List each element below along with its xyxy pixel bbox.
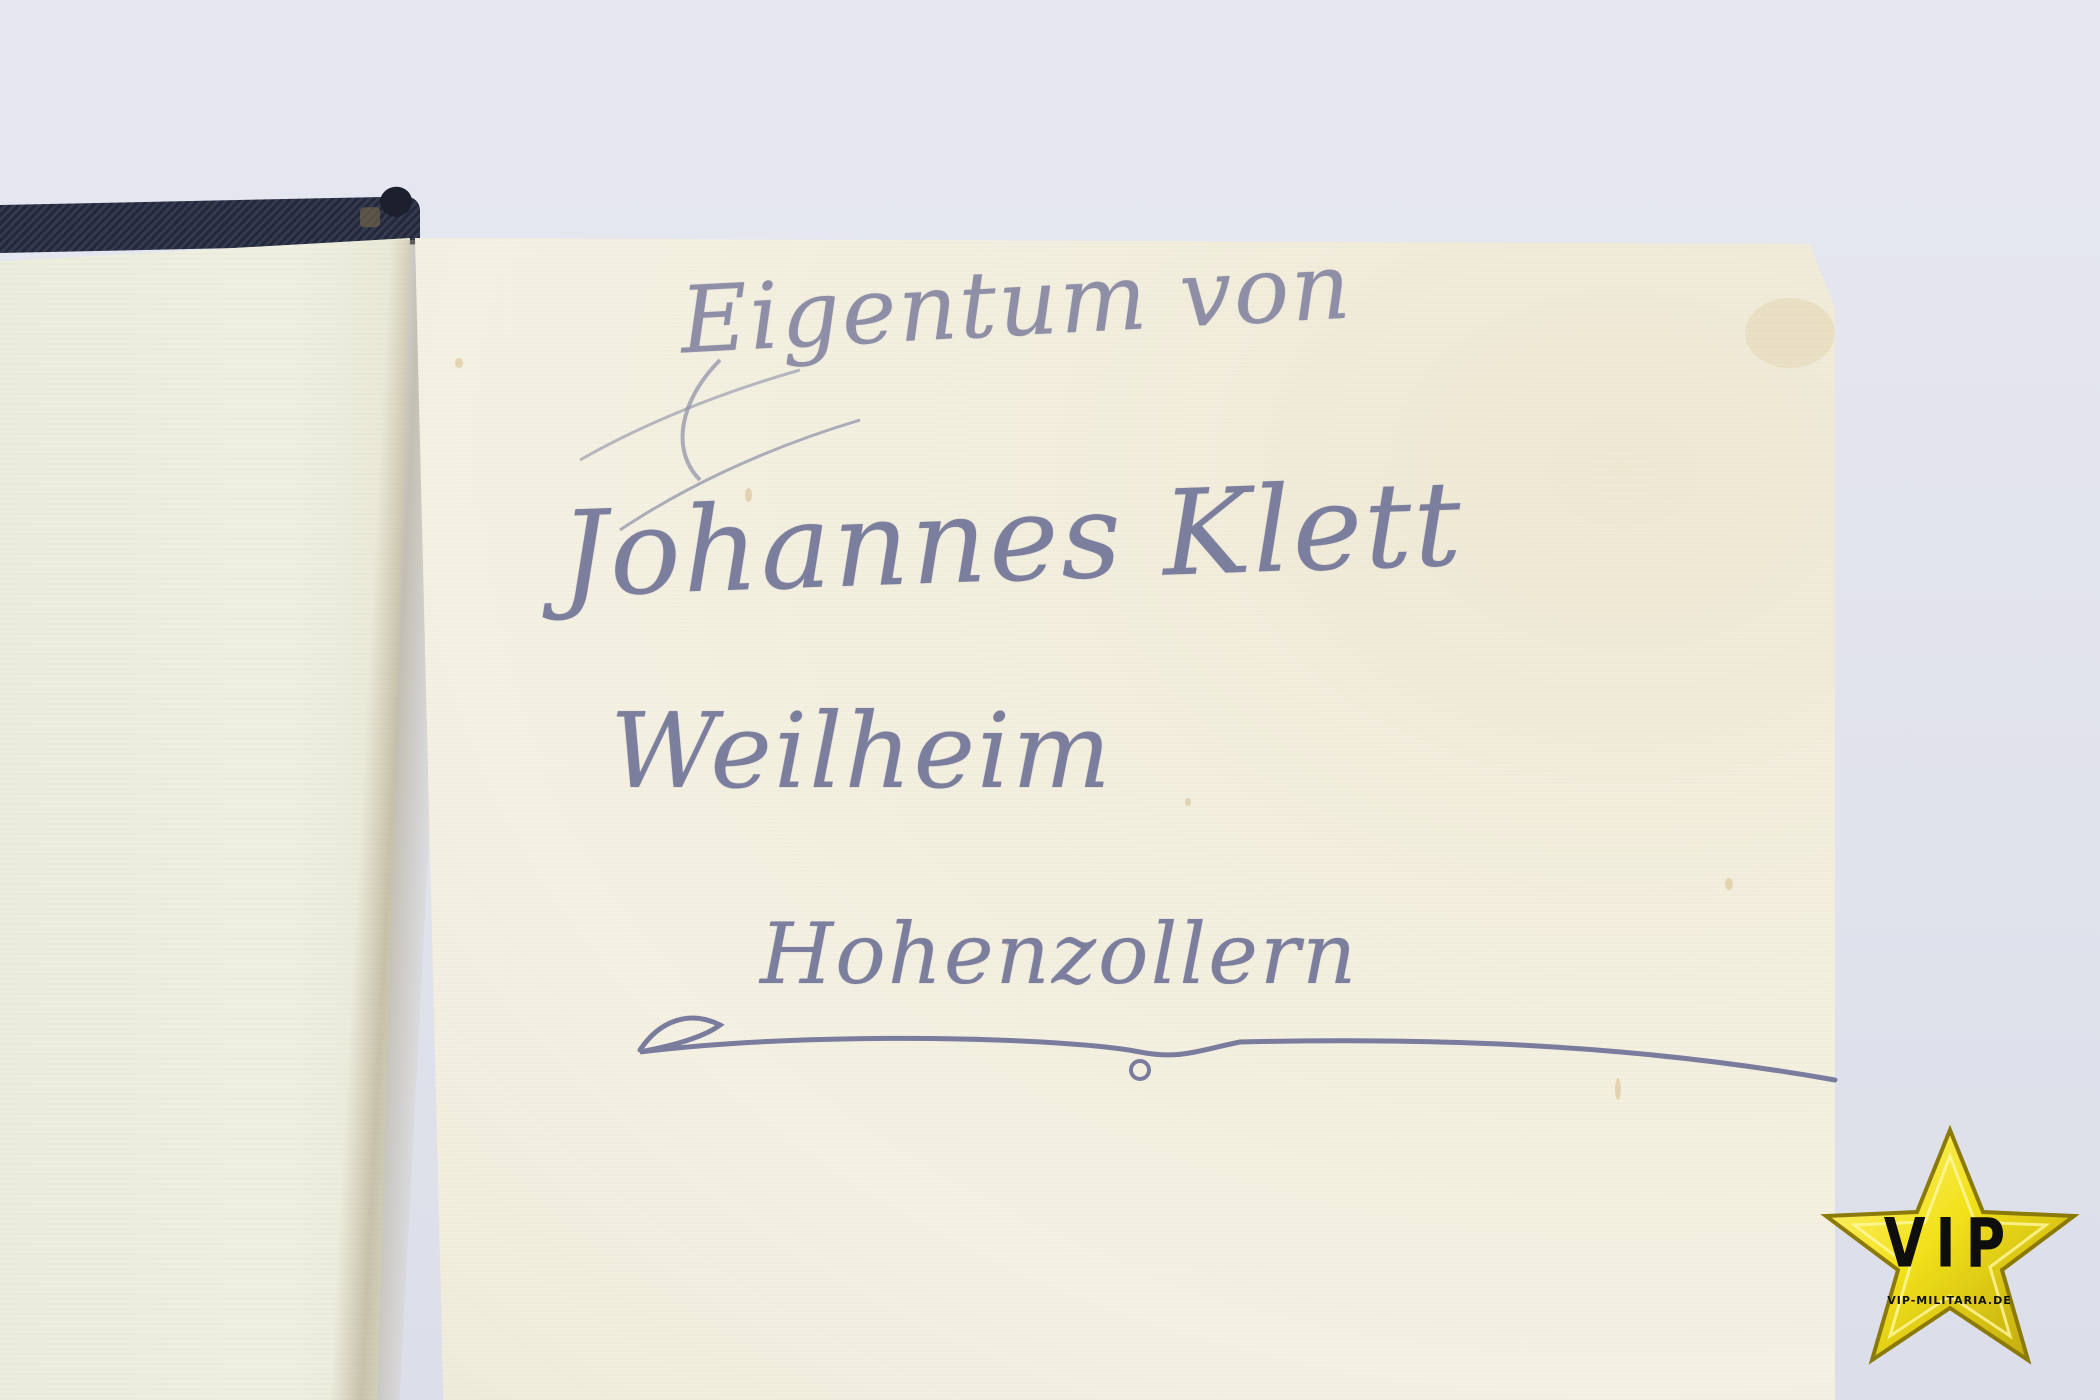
- watermark-url: VIP-MILITARIA.DE: [1812, 1294, 2087, 1307]
- worn-corner: [380, 186, 412, 217]
- inscription-line-region: Hohenzollern: [760, 905, 1358, 1003]
- cover-stain: [360, 207, 380, 227]
- foxing-spot: [1725, 878, 1733, 890]
- inscription-line-town: Weilheim: [610, 690, 1113, 812]
- underline-flourish: [620, 990, 1840, 1110]
- foxing-spot: [1185, 798, 1191, 806]
- foxing-spot: [1745, 298, 1835, 368]
- vip-militaria-watermark: VIP VIP-MILITARIA.DE: [1812, 1122, 2087, 1372]
- foxing-spot: [455, 358, 463, 368]
- watermark-title: VIP: [1812, 1204, 2087, 1283]
